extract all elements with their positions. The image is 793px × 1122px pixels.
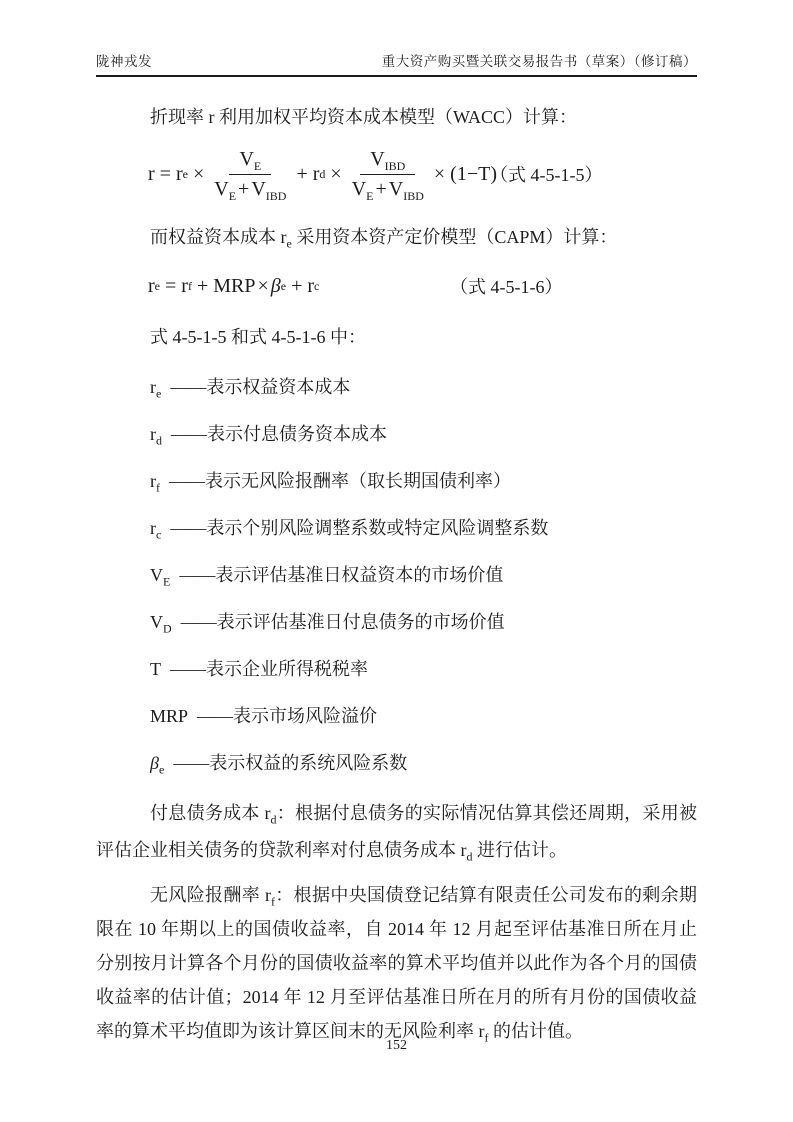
text-run: 折现率 r 利用加权平均资本成本模型（WACC）计算： — [150, 107, 577, 127]
definition-item-vd: VD——表示评估基准日付息债务的市场价值 — [96, 607, 697, 637]
header-doc-title: 重大资产购买暨关联交易报告书（草案）（修订稿） — [382, 50, 697, 70]
plus-sign: + — [286, 275, 307, 298]
subscript: c — [156, 528, 161, 542]
definition-list: re——表示权益资本成本 rd——表示付息债务资本成本 rf——表示无风险报酬率… — [96, 372, 697, 778]
fraction-denominator: VE+VIBD — [212, 175, 288, 202]
text-run: 采用资本资产定价模型（CAPM）计算： — [292, 227, 618, 247]
paragraph-wacc-intro: 折现率 r 利用加权平均资本成本模型（WACC）计算： — [96, 102, 697, 132]
multiply-sign: × — [429, 163, 450, 186]
plus-sign: + — [291, 163, 312, 186]
definition-item-rd: rd——表示付息债务资本成本 — [96, 419, 697, 449]
formula-term: V — [214, 178, 228, 200]
plus-sign: + — [192, 275, 213, 298]
paragraph-debt-cost: 付息债务成本 rd：根据付息债务的实际情况估算其偿还周期，采用被评估企业相关债务… — [96, 795, 697, 869]
text-run: ：根据中央国债登记结算有限责任公司发布的剩余期限在 10 年期以上的国债收益率，… — [96, 885, 697, 1041]
subscript: E — [163, 575, 170, 589]
definition-item-re: re——表示权益资本成本 — [96, 372, 697, 402]
fraction-numerator: VE — [229, 147, 271, 175]
text-run: 而权益资本成本 r — [150, 227, 287, 247]
symbol-base: V — [150, 565, 163, 585]
document-page: 陇神戎发 重大资产购买暨关联交易报告书（草案）（修订稿） 折现率 r 利用加权平… — [0, 0, 793, 1122]
definition-item-t: T——表示企业所得税税率 — [96, 654, 697, 684]
subscript: E — [229, 189, 236, 203]
page-content: 折现率 r 利用加权平均资本成本模型（WACC）计算： r=re×VEVE+VI… — [96, 90, 697, 1048]
formula-capm: re=rf+MRP×βe+rc （式 4-5-1-6） — [96, 270, 697, 302]
beta-symbol: β — [271, 275, 281, 298]
formula-term: r — [181, 275, 188, 298]
definition-symbol: MRP — [150, 706, 188, 726]
paragraph-risk-free-rate: 无风险报酬率 rf：根据中央国债登记结算有限责任公司发布的剩余期限在 10 年期… — [96, 878, 697, 1048]
multiply-sign: × — [325, 163, 346, 186]
definition-text: ——表示市场风险溢价 — [197, 706, 377, 726]
subscript: d — [156, 434, 162, 448]
definition-item-beta: βe——表示权益的系统风险系数 — [96, 748, 697, 778]
page-number: 152 — [386, 1038, 407, 1053]
definition-text: ——表示评估基准日权益资本的市场价值 — [179, 565, 503, 585]
formula-term: r — [313, 163, 320, 186]
header-company-name: 陇神戎发 — [96, 50, 152, 70]
fraction-denominator: VE+VIBD — [350, 175, 426, 202]
formula-term: V — [352, 178, 366, 200]
equals-sign: = — [155, 163, 176, 186]
symbol-base: V — [150, 612, 163, 632]
definition-symbol: VD — [150, 612, 172, 632]
subscript: e — [156, 387, 161, 401]
symbol-base: MRP — [150, 706, 188, 726]
formula-term: V — [239, 148, 253, 170]
multiply-sign: × — [188, 163, 209, 186]
formula-term: V — [370, 148, 384, 170]
symbol-base: T — [150, 659, 161, 679]
subscript: IBD — [266, 189, 287, 203]
multiply-sign: × — [255, 275, 270, 298]
definition-symbol: rd — [150, 424, 162, 444]
text-run: 无风险报酬率 r — [150, 885, 271, 905]
formula-term: MRP — [213, 275, 255, 298]
paragraph-capm-intro: 而权益资本成本 re 采用资本资产定价模型（CAPM）计算： — [96, 222, 697, 252]
subscript: IBD — [385, 159, 406, 173]
definition-symbol: T — [150, 659, 161, 679]
plus-sign: + — [236, 178, 251, 200]
subscript: IBD — [403, 189, 424, 203]
formula-term: r — [176, 163, 183, 186]
paragraph-formula-reference: 式 4-5-1-5 和式 4-5-1-6 中： — [96, 322, 697, 352]
definition-item-mrp: MRP——表示市场风险溢价 — [96, 701, 697, 731]
formula-wacc: r=re×VEVE+VIBD+rd×VIBDVE+VIBD×(1−T) （式 4… — [96, 142, 697, 206]
definition-symbol: βe — [150, 753, 164, 773]
definition-item-rc: rc——表示个别风险调整系数或特定风险调整系数 — [96, 513, 697, 543]
plus-sign: + — [373, 178, 388, 200]
subscript: D — [163, 622, 172, 636]
definition-text: ——表示权益资本成本 — [170, 377, 350, 397]
formula-term: V — [251, 178, 265, 200]
definition-text: ——表示付息债务资本成本 — [171, 424, 387, 444]
definition-symbol: VE — [150, 565, 170, 585]
definition-item-ve: VE——表示评估基准日权益资本的市场价值 — [96, 560, 697, 590]
equals-sign: = — [160, 275, 181, 298]
formula-term: r — [307, 275, 314, 298]
text-run: 付息债务成本 r — [150, 803, 270, 823]
subscript: e — [159, 763, 164, 777]
text-run: 式 4-5-1-5 和式 4-5-1-6 中： — [150, 327, 366, 347]
fraction-debt-weight: VIBDVE+VIBD — [350, 147, 426, 202]
definition-text: ——表示权益的系统风险系数 — [173, 753, 407, 773]
page-footer: 152 — [0, 1038, 793, 1054]
formula-term: r — [148, 163, 155, 186]
definition-text: ——表示个别风险调整系数或特定风险调整系数 — [170, 518, 548, 538]
formula-term: r — [148, 275, 155, 298]
subscript: E — [254, 159, 261, 173]
page-header: 陇神戎发 重大资产购买暨关联交易报告书（草案）（修订稿） — [96, 50, 697, 77]
definition-text: ——表示评估基准日付息债务的市场价值 — [181, 612, 505, 632]
definition-symbol: rc — [150, 518, 161, 538]
definition-text: ——表示企业所得税税率 — [170, 659, 368, 679]
definition-symbol: rf — [150, 471, 160, 491]
formula-number-label: （式 4-5-1-5） — [490, 161, 602, 187]
subscript: f — [156, 481, 160, 495]
definition-item-rf: rf——表示无风险报酬率（取长期国债利率） — [96, 466, 697, 496]
definition-symbol: re — [150, 377, 161, 397]
text-run: 进行估计。 — [473, 840, 568, 860]
definition-text: ——表示无风险报酬率（取长期国债利率） — [169, 471, 511, 491]
beta-symbol: β — [150, 753, 159, 773]
formula-term: V — [389, 178, 403, 200]
fraction-equity-weight: VEVE+VIBD — [212, 147, 288, 202]
fraction-numerator: VIBD — [360, 147, 415, 175]
formula-number-label: （式 4-5-1-6） — [450, 273, 562, 299]
